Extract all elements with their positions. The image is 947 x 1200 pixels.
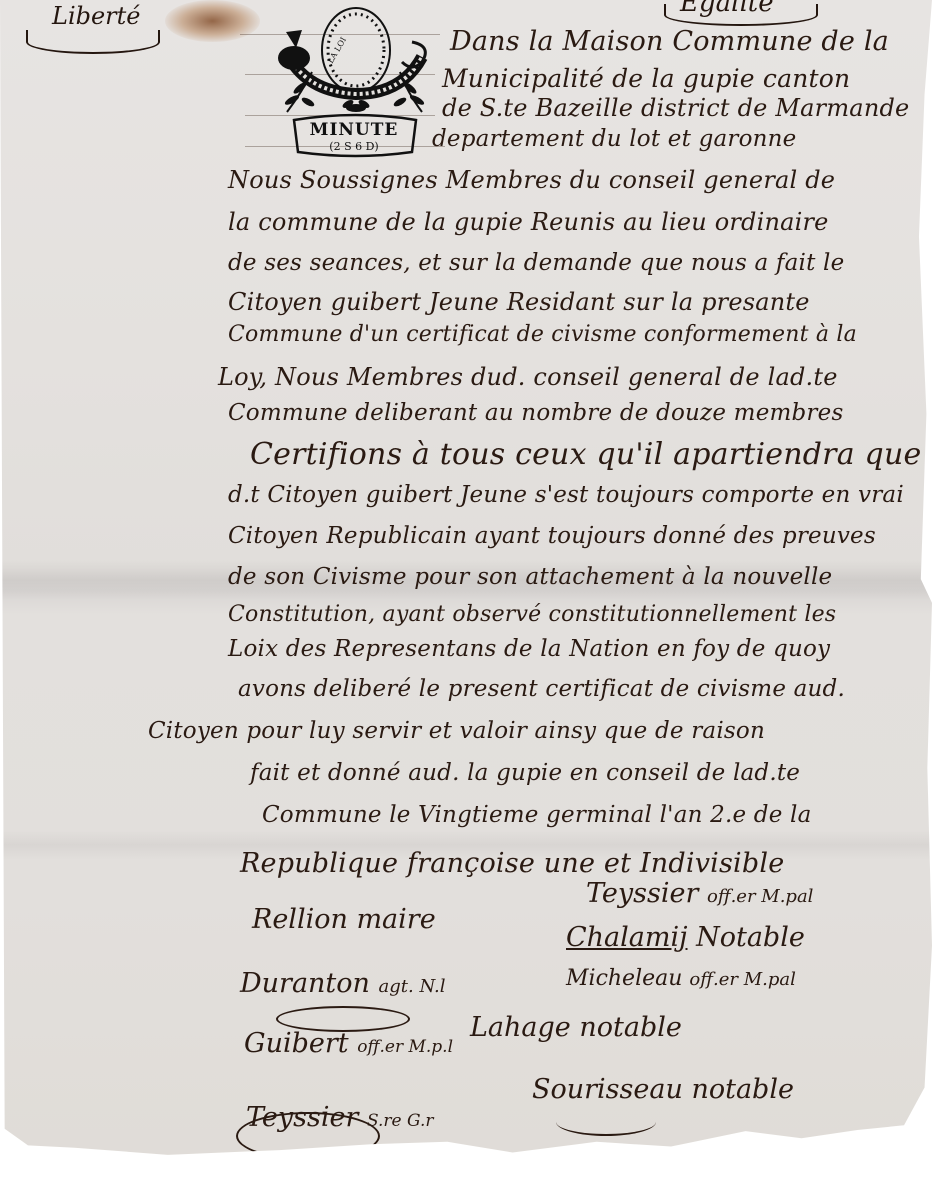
signatory-title: off.er M.p.l <box>357 1037 453 1057</box>
signature-flourish <box>236 1112 380 1160</box>
text-line-9: Commune d'un certificat de civisme confo… <box>228 324 857 346</box>
text-line-6: la commune de la gupie Reunis au lieu or… <box>228 210 829 234</box>
signatory-title: S.re G.r <box>367 1111 434 1131</box>
signatory-title: Notable <box>696 922 805 953</box>
signature-duranton: Duranton agt. N.l <box>240 970 446 997</box>
text-line-20: fait et donné aud. la gupie en conseil d… <box>250 762 800 785</box>
text-line-14: Citoyen Republicain ayant toujours donné… <box>228 525 876 548</box>
text-line-8: Citoyen guibert Jeune Residant sur la pr… <box>228 290 810 314</box>
signatory-title: agt. N.l <box>379 976 446 997</box>
signatory-title: maire <box>356 904 435 935</box>
manuscript-page: Liberté Egalité <box>0 0 932 1182</box>
text-line-15: de son Civisme pour son attachement à la… <box>228 566 832 589</box>
text-line-1: Dans la Maison Commune de la <box>450 28 889 55</box>
ink-stain <box>165 0 260 42</box>
signatory-name: Guibert <box>244 1028 349 1059</box>
signatory-name: Lahage <box>470 1012 571 1043</box>
signature-micheleau: Micheleau off.er M.pal <box>566 968 796 990</box>
text-line-13: d.t Citoyen guibert Jeune s'est toujours… <box>228 484 904 507</box>
signatory-title: off.er M.pal <box>707 886 813 907</box>
motto-egalite-flourish <box>664 4 818 26</box>
stamp-price: (2 S 6 D) <box>302 140 406 153</box>
text-line-5: Nous Soussignes Membres du conseil gener… <box>228 168 835 192</box>
signature-rellion: Rellion maire <box>252 906 436 933</box>
svg-text:LA LOI: LA LOI <box>326 36 348 65</box>
stamp-label: MINUTE <box>298 120 410 140</box>
signatory-name: Micheleau <box>566 966 682 991</box>
signatory-name: Chalamij <box>566 922 688 953</box>
text-line-12-certifions: Certifions à tous ceux qu'il apartiendra… <box>250 440 947 470</box>
text-line-21: Commune le Vingtieme germinal l'an 2.e d… <box>262 804 812 827</box>
text-line-10: Loy, Nous Membres dud. conseil general d… <box>218 365 838 389</box>
signature-flourish <box>556 1108 656 1136</box>
signature-teyssier-officer: Teyssier off.er M.pal <box>586 880 813 907</box>
signatory-name: Duranton <box>240 968 370 999</box>
signature-lahage: Lahage notable <box>470 1014 682 1041</box>
motto-liberte-flourish <box>26 30 160 54</box>
signatory-title: notable <box>691 1074 794 1105</box>
text-line-16: Constitution, ayant observé constitution… <box>228 604 836 626</box>
motto-liberte: Liberté <box>52 2 141 30</box>
signatory-title: off.er M.pal <box>689 969 795 990</box>
text-line-2: Municipalité de la gupie canton <box>442 66 850 91</box>
signatory-title: notable <box>579 1012 682 1043</box>
signatory-name: Teyssier <box>586 878 698 909</box>
small-stain <box>136 1170 146 1184</box>
signature-flourish <box>276 1006 410 1032</box>
text-line-17: Loix des Representans de la Nation en fo… <box>228 638 830 661</box>
fiscal-stamp: LA LOI MINUTE (2 S 6 D) <box>272 2 438 158</box>
text-line-7: de ses seances, et sur la demande que no… <box>228 252 844 275</box>
text-line-11: Commune deliberant au nombre de douze me… <box>228 402 843 425</box>
signature-guibert: Guibert off.er M.p.l <box>244 1030 453 1057</box>
signatory-name: Sourisseau <box>532 1074 683 1105</box>
text-line-3: de S.te Bazeille district de Marmande <box>442 96 909 120</box>
signature-chalamij: Chalamij Notable <box>566 924 805 951</box>
text-line-19: Citoyen pour luy servir et valoir ainsy … <box>148 720 765 743</box>
text-line-4: departement du lot et garonne <box>432 128 797 151</box>
text-line-22: Republique françoise une et Indivisible <box>240 850 784 877</box>
text-line-18: avons deliberé le present certificat de … <box>238 678 845 701</box>
signatory-name: Rellion <box>252 904 348 935</box>
signature-sourisseau: Sourisseau notable <box>532 1076 794 1103</box>
